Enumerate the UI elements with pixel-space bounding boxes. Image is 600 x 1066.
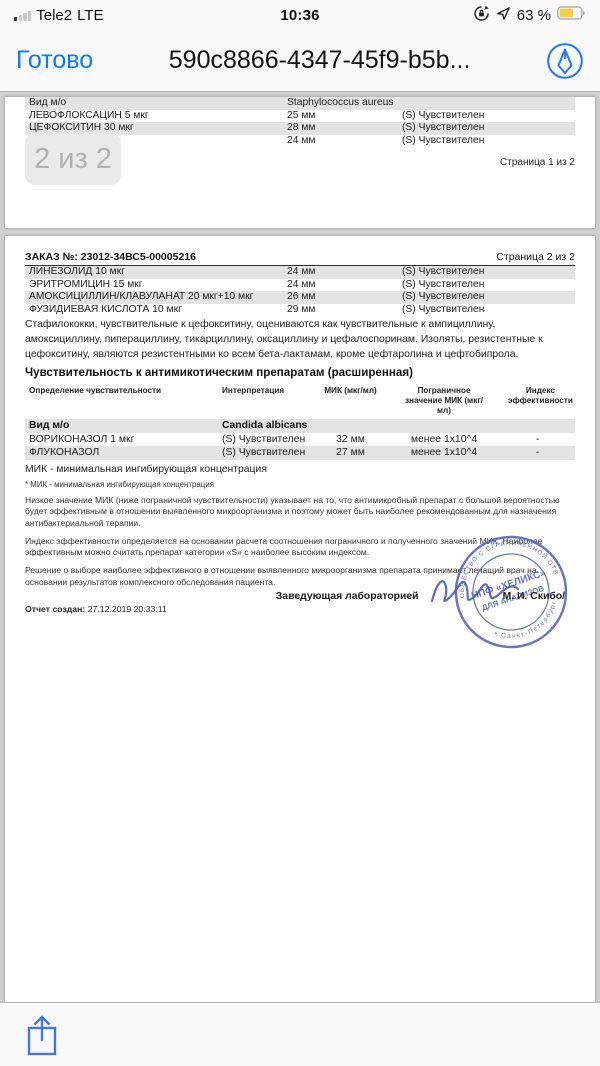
mic-value: 27 мм bbox=[313, 446, 388, 460]
signature-scribble bbox=[428, 569, 543, 611]
report-created-label: Отчет создан: bbox=[25, 604, 85, 614]
zone-value: 24 мм bbox=[283, 279, 398, 292]
share-icon[interactable] bbox=[22, 1013, 62, 1059]
screen: Tele2 LTE 10:36 63 % bbox=[0, 0, 600, 1066]
signature-title-label: Заведующая лабораторией bbox=[276, 591, 419, 602]
network-type-label: LTE bbox=[77, 7, 103, 24]
index-value: - bbox=[500, 433, 575, 447]
drug-name: АМОКСИЦИЛЛИН/КЛАВУЛАНАТ 20 мкг+10 мкг bbox=[25, 291, 283, 304]
interpretation: (S) Чувствителен bbox=[398, 279, 575, 292]
footnote-paragraph: Низкое значение МИК (ниже пограничной чу… bbox=[25, 495, 565, 530]
table-row: ЛЕВОФЛОКСАЦИН 5 мкг 25 мм (S) Чувствител… bbox=[25, 110, 575, 123]
section-title: Чувствительность к антимикотическим преп… bbox=[25, 366, 575, 379]
zone-value: 26 мм bbox=[283, 291, 398, 304]
order-number: ЗАКАЗ №: 23012-34ВС5-00005216 bbox=[25, 251, 196, 263]
interpretation: (S) Чувствителен bbox=[218, 446, 313, 460]
location-arrow-icon bbox=[496, 6, 511, 25]
drug-name: ВОРИКОНАЗОЛ 1 мкг bbox=[25, 433, 218, 447]
drug-name: ЛЕВОФЛОКСАЦИН 5 мкг bbox=[25, 110, 283, 123]
report-created-value: 27.12.2019 20:33:11 bbox=[88, 604, 167, 614]
mic-value: 32 мм bbox=[313, 433, 388, 447]
table-header-row: Определение чувствительности Интерпретац… bbox=[25, 386, 575, 415]
table-row: ВОРИКОНАЗОЛ 1 мкг (S) Чувствителен 32 мм… bbox=[25, 433, 575, 447]
borderline-value: менее 1x10^4 bbox=[388, 446, 500, 460]
interpretation: (S) Чувствителен bbox=[398, 266, 575, 279]
interpretation: (S) Чувствителен bbox=[218, 433, 313, 447]
table-row: ФУЗИДИЕВАЯ КИСЛОТА 10 мкг 29 мм (S) Чувс… bbox=[25, 304, 575, 317]
drug-name: ЭРИТРОМИЦИН 15 мкг bbox=[25, 279, 283, 292]
page-number-label: Страница 1 из 2 bbox=[500, 157, 575, 168]
drug-name: ЛИНЕЗОЛИД 10 мкг bbox=[25, 266, 283, 279]
zone-value: 25 мм bbox=[283, 110, 398, 123]
col-efficiency-index: Индекс эффективности bbox=[500, 386, 581, 415]
drug-name: ФЛУКОНАЗОЛ bbox=[25, 446, 218, 460]
interpretation: (S) Чувствителен bbox=[398, 135, 575, 148]
mic-definition: МИК - минимальная ингибирующая концентра… bbox=[25, 464, 575, 475]
table-row: Вид м/о Staphylococcus aureus bbox=[25, 97, 575, 110]
col-definition: Определение чувствительности bbox=[25, 386, 218, 415]
table-row: АМОКСИЦИЛЛИН/КЛАВУЛАНАТ 20 мкг+10 мкг 26… bbox=[25, 291, 575, 304]
page-indicator-overlay: 2 из 2 bbox=[25, 133, 121, 185]
zone-value: 24 мм bbox=[283, 266, 398, 279]
species-value: Staphylococcus aureus bbox=[283, 97, 575, 110]
zone-value: 29 мм bbox=[283, 304, 398, 317]
species-label: Вид м/о bbox=[25, 97, 283, 110]
species-value: Candida albicans bbox=[218, 419, 575, 433]
species-label: Вид м/о bbox=[25, 419, 218, 433]
clock: 10:36 bbox=[214, 7, 386, 24]
document-scroll-area[interactable]: Вид м/о Staphylococcus aureus ЛЕВОФЛОКСА… bbox=[0, 93, 600, 1002]
col-borderline-mic: Пограничное значение МИК (мкг/мл) bbox=[388, 386, 500, 415]
species-row: Вид м/о Candida albicans bbox=[25, 419, 575, 433]
zone-value: 24 мм bbox=[283, 135, 398, 148]
battery-percent-label: 63 % bbox=[517, 7, 551, 24]
index-value: - bbox=[500, 446, 575, 460]
table-row: ФЛУКОНАЗОЛ (S) Чувствителен 27 мм менее … bbox=[25, 446, 575, 460]
borderline-value: менее 1x10^4 bbox=[388, 433, 500, 447]
document-title: 590c8866-4347-45f9-b5b... bbox=[93, 46, 546, 75]
pdf-page-1: Вид м/о Staphylococcus aureus ЛЕВОФЛОКСА… bbox=[5, 97, 595, 228]
interpretation: (S) Чувствителен bbox=[398, 304, 575, 317]
status-bar: Tele2 LTE 10:36 63 % bbox=[0, 0, 600, 30]
nav-bar: Готово 590c8866-4347-45f9-b5b... bbox=[0, 30, 600, 92]
interpretation: (S) Чувствителен bbox=[398, 110, 575, 123]
cell-signal-icon bbox=[14, 10, 31, 21]
battery-icon bbox=[557, 6, 586, 24]
carrier-label: Tele2 bbox=[36, 7, 72, 24]
pdf-page-2: ЗАКАЗ №: 23012-34ВС5-00005216 Страница 2… bbox=[5, 236, 595, 1002]
page-number-label: Страница 2 из 2 bbox=[496, 251, 575, 263]
staph-note: Стафилококки, чувствительные к цефоксити… bbox=[25, 318, 575, 362]
col-interpretation: Интерпретация bbox=[218, 386, 313, 415]
drug-name: ФУЗИДИЕВАЯ КИСЛОТА 10 мкг bbox=[25, 304, 283, 317]
interpretation: (S) Чувствителен bbox=[398, 291, 575, 304]
interpretation: (S) Чувствителен bbox=[398, 122, 575, 135]
bottom-toolbar bbox=[0, 1002, 600, 1066]
table-row: ЭРИТРОМИЦИН 15 мкг 24 мм (S) Чувствителе… bbox=[25, 279, 575, 292]
mic-footnote: * МИК - минимальная ингибирующая концент… bbox=[25, 480, 575, 489]
zone-value: 28 мм bbox=[283, 122, 398, 135]
done-button[interactable]: Готово bbox=[16, 46, 93, 75]
col-mic: МИК (мкг/мл) bbox=[313, 386, 388, 415]
markup-pen-icon[interactable] bbox=[546, 42, 584, 80]
table-row: ЛИНЕЗОЛИД 10 мкг 24 мм (S) Чувствителен bbox=[25, 266, 575, 279]
orientation-lock-icon bbox=[473, 5, 490, 26]
